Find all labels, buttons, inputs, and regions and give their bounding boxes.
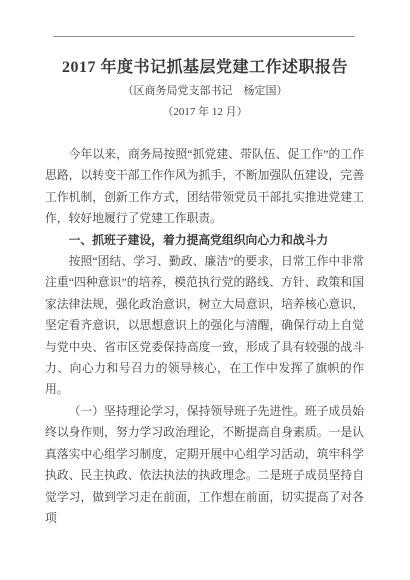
document-body: 今年以来，商务局按照“抓党建、带队伍、促工作”的工作思路，以转变干部工作作风为抓… [45,144,364,529]
document-page: 2017 年度书记抓基层党建工作述职报告 （区商务局党支部书记 杨定国） （20… [0,0,410,580]
document-date: （2017 年 12 月） [0,105,410,119]
document-title: 2017 年度书记抓基层党建工作述职报告 [0,57,410,79]
paragraph-section1-point1: （一）坚持理论学习，保持领导班子先进性。班子成员始终以身作则，努力学习政治理论，… [45,401,364,529]
paragraph-section1-intro: 按照“团结、学习、勤政、廉洁”的要求，日常工作中非常注重“四种意识”的培养，模范… [45,251,364,401]
document-byline: （区商务局党支部书记 杨定国） [0,84,410,98]
section-heading-1: 一、抓班子建设，着力提高党组织向心力和战斗力 [45,230,364,251]
header-rule [53,36,355,37]
paragraph-intro: 今年以来，商务局按照“抓党建、带队伍、促工作”的工作思路，以转变干部工作作风为抓… [45,144,364,230]
